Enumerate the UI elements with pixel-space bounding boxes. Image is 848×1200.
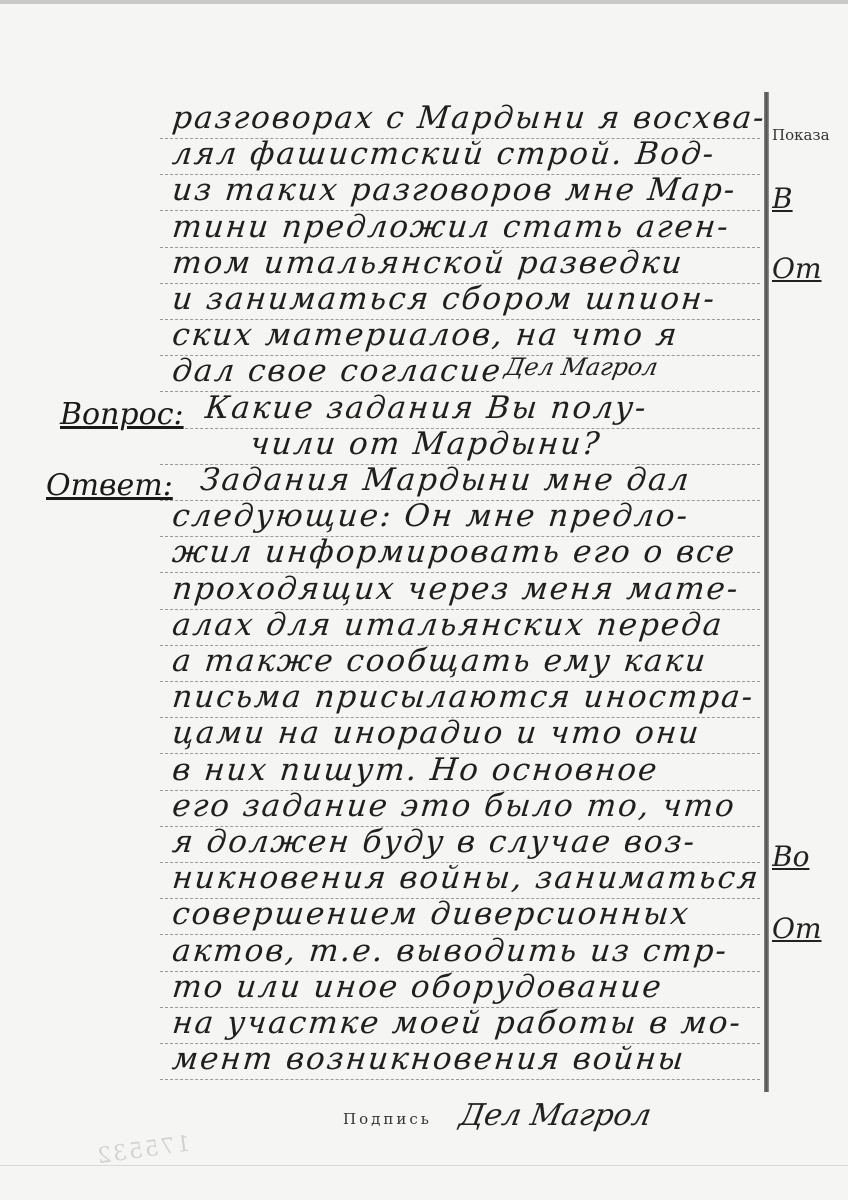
page-fold-line	[764, 92, 769, 1092]
page-edge	[0, 0, 848, 4]
side-label-2: От	[772, 252, 848, 285]
question-label: Вопрос:	[60, 397, 184, 432]
side-label-1: В	[772, 182, 848, 215]
inline-signature: Дел Магрол	[503, 353, 661, 381]
side-label-text: Во	[772, 840, 809, 873]
side-label-text: От	[772, 252, 822, 285]
side-label-3: Во	[772, 840, 848, 873]
faded-stamp-number: 175532	[94, 1131, 193, 1169]
text-line: мент возникновения войны	[170, 1041, 687, 1085]
side-label-4: От	[772, 912, 848, 945]
document-page: разговорах с Мардыни я восхва-лял фашист…	[0, 0, 848, 1200]
side-header: Показа	[772, 125, 848, 144]
bottom-line	[0, 1165, 848, 1166]
signature: Дел Магрол	[457, 1098, 654, 1133]
side-header-text: Показа	[772, 126, 830, 144]
side-label-text: От	[772, 912, 822, 945]
answer-label: Ответ:	[46, 468, 173, 503]
side-label-text: В	[772, 182, 793, 215]
signature-label: Подпись	[343, 1110, 432, 1128]
